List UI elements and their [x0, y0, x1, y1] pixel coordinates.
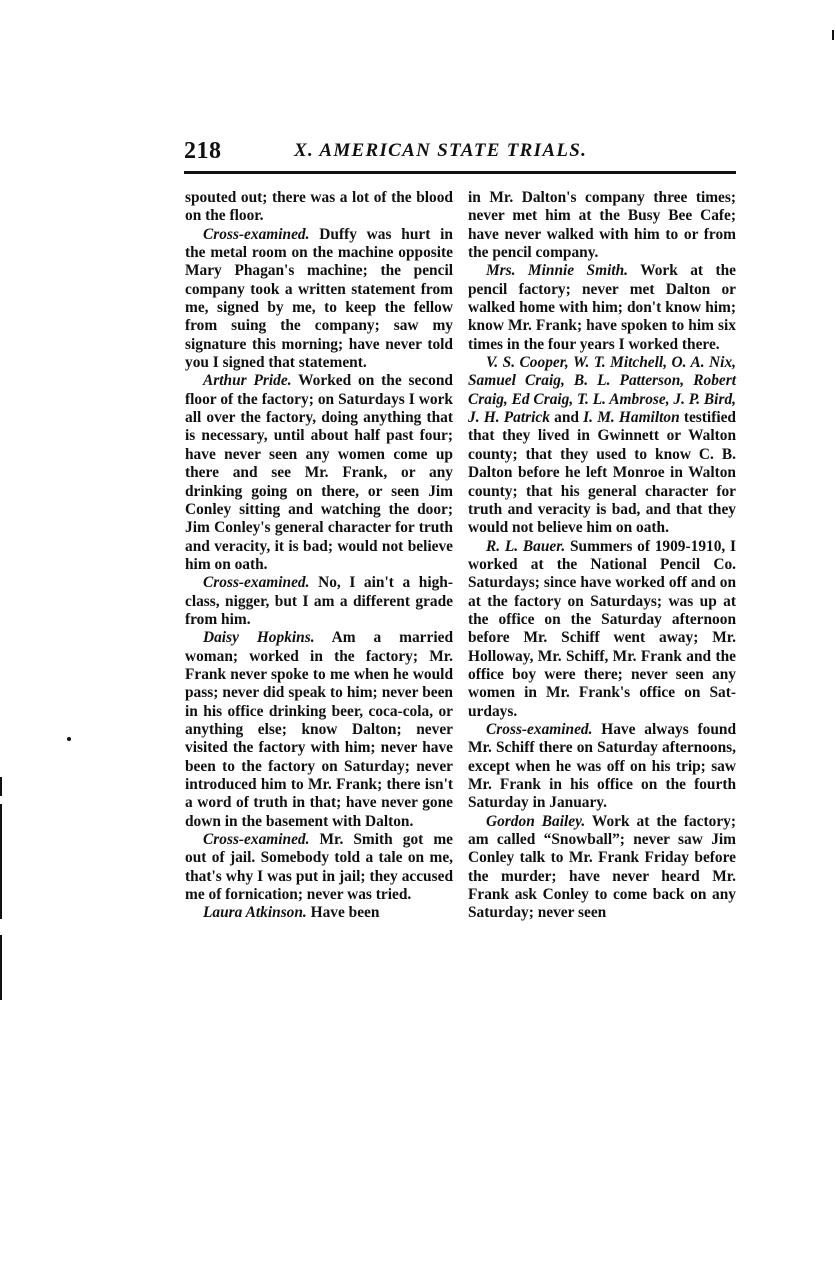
page-header: 218 X. AMERICAN STATE TRIALS. — [184, 138, 736, 168]
paragraph: Arthur Pride. Worked on the second floor… — [185, 372, 453, 574]
paragraph: spouted out; there was a lot of the bloo… — [185, 189, 453, 226]
header-rule — [184, 171, 736, 174]
paragraph: Cross-examined. Have always found Mr. Sc… — [468, 721, 736, 813]
paragraph: Mrs. Minnie Smith. Work at the pencil fa… — [468, 262, 736, 354]
paragraph: R. L. Bauer. Summers of 1909-1910, I wor… — [468, 538, 736, 721]
paragraph: Daisy Hopkins. Am a mar­ried woman; work… — [185, 629, 453, 831]
speaker-name: Laura Atkinson. — [203, 904, 307, 921]
paragraph: Cross-examined. Mr. Smith got me out of … — [185, 831, 453, 904]
paragraph-text: Am a mar­ried woman; worked in the fac­t… — [185, 629, 453, 829]
speaker-name: Mrs. Minnie Smith. — [486, 262, 628, 279]
paragraph-text: Worked on the second floor of the factor… — [185, 372, 453, 572]
scan-edge-line — [0, 804, 2, 919]
scan-edge-mark — [832, 30, 834, 40]
right-column: in Mr. Dalton's company three times; nev… — [468, 189, 736, 923]
paragraph: Cross-examined. No, I ain't a high-class… — [185, 574, 453, 629]
page-number: 218 — [184, 138, 222, 165]
speaker-name: R. L. Bauer. — [486, 538, 565, 555]
paragraph-text: and — [550, 409, 583, 426]
scan-speck — [67, 737, 71, 741]
speaker-name: Cross-examined. — [486, 721, 592, 738]
speaker-name: Cross-examined. — [203, 831, 309, 848]
speaker-name: Cross-examined. — [203, 574, 309, 591]
speaker-name: I. M. Hamil­ton — [583, 409, 680, 426]
paragraph: V. S. Cooper, W. T. Mitchell, O. A. Nix,… — [468, 354, 736, 537]
speaker-name: Cross-examined. — [203, 226, 309, 243]
paragraph-text: Duffy was hurt in the metal room on the … — [185, 226, 453, 371]
scan-edge-line — [0, 935, 2, 1000]
paragraph-text: in Mr. Dalton's company three times; nev… — [468, 189, 736, 261]
paragraph-text: testified that they lived in Gwinnett or… — [468, 409, 736, 536]
paragraph-text: Have been — [307, 904, 380, 921]
paragraph: Laura Atkinson. Have been — [185, 904, 453, 922]
running-head: X. AMERICAN STATE TRIALS. — [294, 140, 587, 162]
scan-edge-line — [0, 777, 2, 796]
paragraph: in Mr. Dalton's company three times; nev… — [468, 189, 736, 262]
left-column: spouted out; there was a lot of the bloo… — [185, 189, 453, 923]
speaker-name: Gordon Bailey. — [486, 813, 585, 830]
speaker-name: Arthur Pride. — [203, 372, 292, 389]
paragraph-text: Summers of 1909-1910, I worked at the Na… — [468, 538, 736, 720]
paragraph-text: spouted out; there was a lot of the bloo… — [185, 189, 453, 224]
paragraph: Cross-examined. Duffy was hurt in the me… — [185, 226, 453, 373]
paragraph: Gordon Bailey. Work at the factory; am c… — [468, 813, 736, 923]
speaker-name: Daisy Hopkins. — [203, 629, 315, 646]
